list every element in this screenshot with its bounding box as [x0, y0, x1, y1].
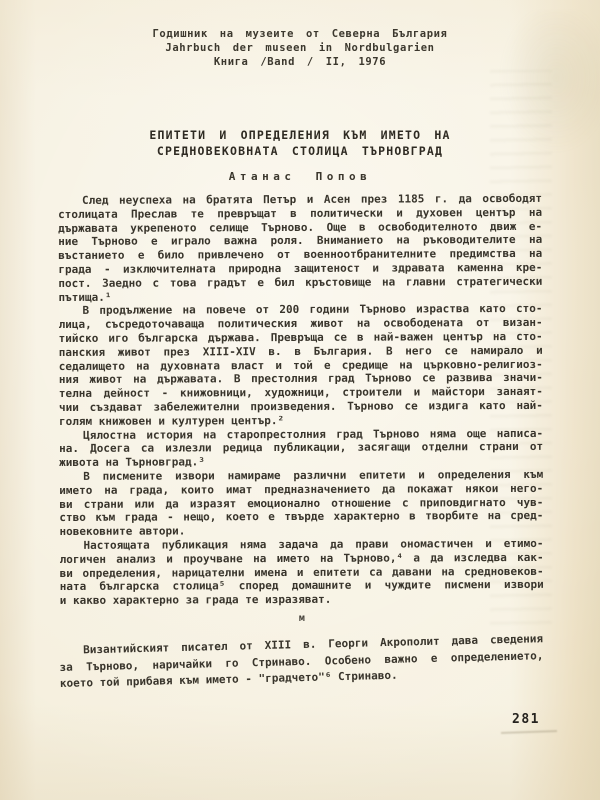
- paragraphs-after-separator: Византийският писател от XIII в. Георги …: [59, 631, 544, 692]
- text-line: панския живот през XIII-XIV в. в Българи…: [59, 344, 543, 360]
- journal-volume: Книга /Band / II, 1976: [58, 55, 542, 69]
- text-line: на. Досега са излезли редица публикации,…: [59, 440, 543, 456]
- journal-title-german: Jahrbuch der museen in Nordbulgarien: [58, 41, 542, 55]
- text-line: пост. Заедно с това градът е бил кръстов…: [58, 275, 542, 291]
- text-line: чии създават забележителни произведения.…: [59, 399, 543, 415]
- article-author: Атанас Попов: [58, 170, 542, 183]
- paragraphs-main: След неуспеха на братята Петър и Асен пр…: [58, 192, 544, 608]
- journal-header: Годишник на музеите от Северна България …: [58, 27, 542, 69]
- paragraph: В продължение на повече от 200 години Тъ…: [58, 302, 543, 428]
- paragraph: Настоящата публикация няма задача да пра…: [60, 537, 544, 608]
- journal-title-bulgarian: Годишник на музеите от Северна България: [58, 27, 542, 41]
- scanned-page: Годишник на музеите от Северна България …: [0, 0, 600, 800]
- paragraph: След неуспеха на братята Петър и Асен пр…: [58, 192, 542, 304]
- paragraph: Византийският писател от XIII в. Георги …: [59, 631, 544, 692]
- text-line: логичен анализ и проучване на името на Т…: [60, 551, 544, 567]
- section-separator: м: [60, 611, 544, 626]
- text-line: ната българска столица⁵ според домашните…: [60, 578, 544, 594]
- article-title-line1: ЕПИТЕТИ И ОПРЕДЕЛЕНИЯ КЪМ ИМЕТО НА: [58, 127, 542, 143]
- scan-smudge: [501, 730, 557, 734]
- page-number: 281: [512, 712, 540, 727]
- text-line: името на града, които имат предназначени…: [59, 482, 543, 498]
- article-title-line2: СРЕДНОВЕКОВНАТА СТОЛИЦА ТЪРНОВГРАД: [58, 143, 542, 159]
- article-body: След неуспеха на братята Петър и Асен пр…: [58, 192, 544, 692]
- paragraph: Цялостна история на старопрестолния град…: [59, 426, 543, 470]
- text-line: ство към града - нещо, което е твърде ха…: [59, 509, 543, 525]
- text-line: и какво характерно за града те изразяват…: [60, 592, 544, 608]
- paragraph: В писмените извори намираме различни епи…: [59, 468, 543, 539]
- article-title: ЕПИТЕТИ И ОПРЕДЕЛЕНИЯ КЪМ ИМЕТО НА СРЕДН…: [58, 127, 542, 159]
